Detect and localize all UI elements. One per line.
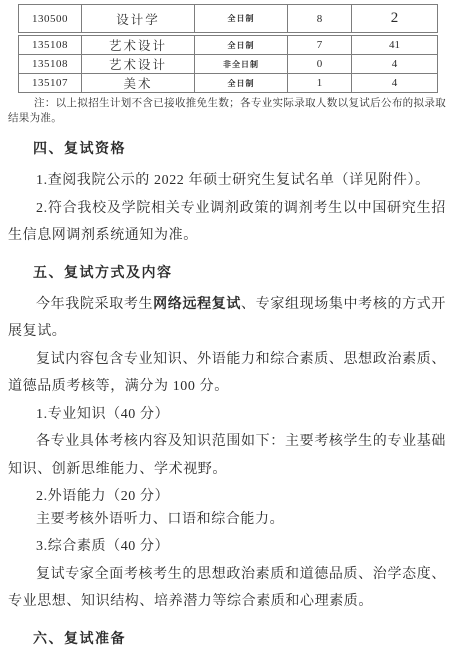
- para-retest-content: 复试内容包含专业知识、外语能力和综合素质、思想政治素质、道德品质考核等，满分为 …: [8, 346, 446, 401]
- table-row: 135108 艺术设计 非全日制 0 4: [19, 55, 438, 74]
- para-item-professional-knowledge: 1.专业知识（40 分）: [8, 401, 446, 429]
- document-body: 注：以上拟招生计划不含已接收推免生数；各专业实际录取人数以复试后公布的拟录取结果…: [8, 96, 446, 646]
- para-comprehensive-quality-detail: 复试专家全面考核考生的思想政治素质和道德品质、治学态度、专业思想、知识结构、培养…: [8, 561, 446, 616]
- cell-study-mode: 非全日制: [195, 55, 288, 74]
- para-professional-knowledge-detail: 各专业具体考核内容及知识范围如下：主要考核学生的专业基础知识、创新思维能力、学术…: [8, 428, 446, 483]
- cell-major-code: 135107: [19, 74, 82, 93]
- cell-major-name: 设计学: [82, 5, 195, 33]
- para-retest-format: 今年我院采取考生网络远程复试、专家组现场集中考核的方式开展复试。: [8, 291, 446, 346]
- cell-study-mode: 全日制: [195, 5, 288, 33]
- para-item-comprehensive-quality: 3.综合素质（40 分）: [8, 533, 446, 561]
- table-row: 135108 艺术设计 全日制 7 41: [19, 36, 438, 55]
- cell-plan-count: 0: [288, 55, 352, 74]
- retest-format-bold: 网络远程复试: [153, 297, 241, 312]
- cell-major-code: 135108: [19, 36, 82, 55]
- para-check-retest-list: 1.查阅我院公示的 2022 年硕士研究生复试名单（详见附件）。: [8, 167, 446, 195]
- cell-admit-count: 4: [352, 55, 438, 74]
- section-heading-retest-method: 五、复试方式及内容: [8, 263, 446, 285]
- table-row: 135107 美术 全日制 1 4: [19, 74, 438, 93]
- cell-study-mode: 全日制: [195, 36, 288, 55]
- cell-major-code: 135108: [19, 55, 82, 74]
- cell-admit-count: 2: [352, 5, 438, 33]
- para-foreign-language-detail: 主要考核外语听力、口语和综合能力。: [8, 506, 446, 534]
- retest-format-lead: 今年我院采取考生: [36, 297, 153, 312]
- cell-plan-count: 8: [288, 5, 352, 33]
- table-row: 130500 设计学 全日制 8 2: [19, 5, 438, 33]
- enrollment-table: 135108 艺术设计 全日制 7 41 135108 艺术设计 非全日制 0 …: [18, 35, 438, 93]
- cell-plan-count: 1: [288, 74, 352, 93]
- cell-major-name: 美术: [82, 74, 195, 93]
- cell-admit-count: 4: [352, 74, 438, 93]
- cell-major-name: 艺术设计: [82, 55, 195, 74]
- cell-admit-count: 41: [352, 36, 438, 55]
- section-heading-retest-eligibility: 四、复试资格: [8, 139, 446, 161]
- cell-study-mode: 全日制: [195, 74, 288, 93]
- section-heading-retest-preparation: 六、复试准备: [8, 629, 446, 646]
- cell-plan-count: 7: [288, 36, 352, 55]
- cell-major-name: 艺术设计: [82, 36, 195, 55]
- para-adjustment-policy: 2.符合我校及学院相关专业调剂政策的调剂考生以中国研究生招生信息网调剂系统通知为…: [8, 195, 446, 250]
- cell-major-code: 130500: [19, 5, 82, 33]
- table-note: 注：以上拟招生计划不含已接收推免生数；各专业实际录取人数以复试后公布的拟录取结果…: [8, 96, 446, 126]
- enrollment-table-top: 130500 设计学 全日制 8 2: [18, 4, 438, 33]
- document-page: 130500 设计学 全日制 8 2 135108 艺术设计 全日制 7 41 …: [0, 0, 460, 646]
